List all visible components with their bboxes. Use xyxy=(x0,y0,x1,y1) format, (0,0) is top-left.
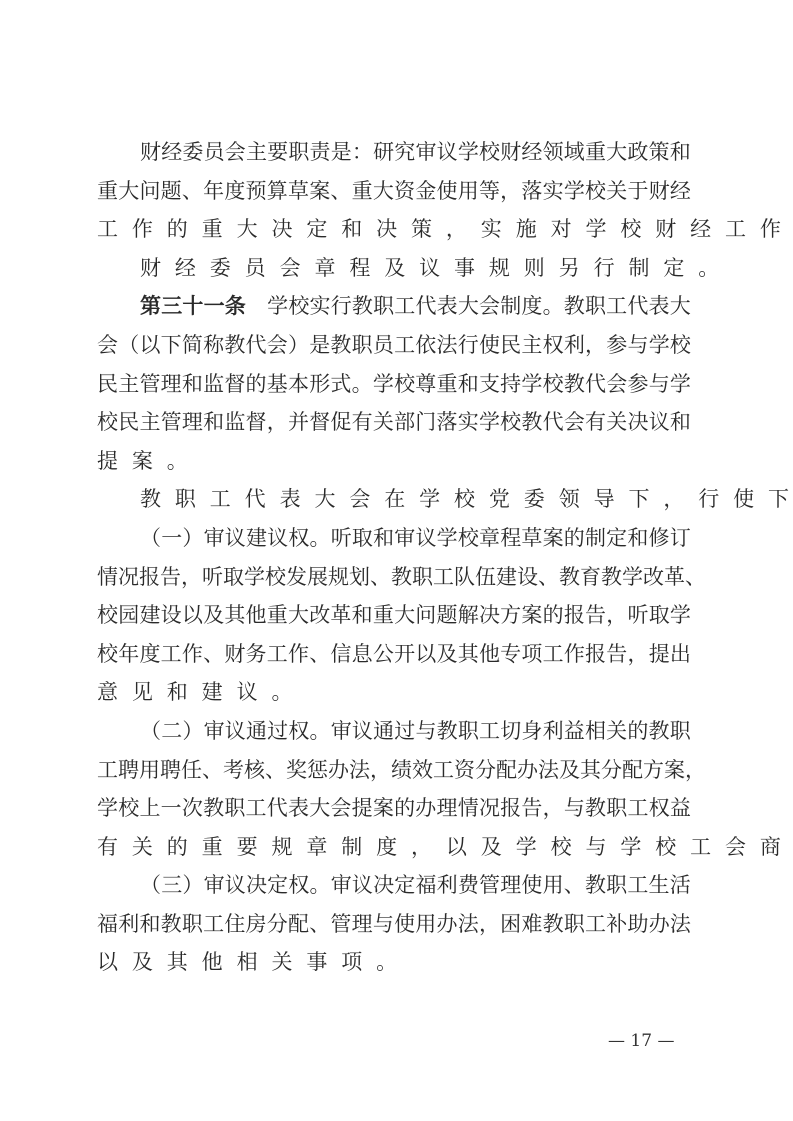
text-line: 工作的重大决定和决策，实施对学校财经工作的领导和管理。 xyxy=(97,210,691,249)
text-line: 校民主管理和监督，并督促有关部门落实学校教代会有关决议和 xyxy=(97,403,691,442)
paragraph-power-review-suggest: （一）审议建议权。听取和审议学校章程草案的制定和修订 情况报告，听取学校发展规划… xyxy=(97,519,691,712)
text-line: （一）审议建议权。听取和审议学校章程草案的制定和修订 xyxy=(97,519,691,558)
text-line: 提案。 xyxy=(97,442,691,481)
paragraph-finance-committee-duties: 财经委员会主要职责是：研究审议学校财经领域重大政策和 重大问题、年度预算草案、重… xyxy=(97,133,691,249)
page-number: — 17 — xyxy=(608,1031,674,1051)
text-line: 校园建设以及其他重大改革和重大问题解决方案的报告，听取学 xyxy=(97,596,691,635)
paragraph-power-review-approve: （二）审议通过权。审议通过与教职工切身利益相关的教职 工聘用聘任、考核、奖惩办法… xyxy=(97,712,691,866)
paragraph-finance-committee-rules: 财经委员会章程及议事规则另行制定。 xyxy=(97,249,691,288)
paragraph-article-31: 第三十一条 学校实行教职工代表大会制度。教职工代表大 会（以下简称教代会）是教职… xyxy=(97,287,691,480)
text-line: 财经委员会主要职责是：研究审议学校财经领域重大政策和 xyxy=(97,133,691,172)
text-line: 第三十一条 学校实行教职工代表大会制度。教职工代表大 xyxy=(97,287,691,326)
text-line: 财经委员会章程及议事规则另行制定。 xyxy=(97,249,691,288)
text-line: 学校上一次教职工代表大会提案的办理情况报告，与教职工权益 xyxy=(97,789,691,828)
text-line: （三）审议决定权。审议决定福利费管理使用、教职工生活 xyxy=(97,866,691,905)
text-line: 意见和建议。 xyxy=(97,673,691,712)
text-line: 会（以下简称教代会）是教职员工依法行使民主权利，参与学校 xyxy=(97,326,691,365)
text-line: （二）审议通过权。审议通过与教职工切身利益相关的教职 xyxy=(97,712,691,751)
text-line: 重大问题、年度预算草案、重大资金使用等，落实学校关于财经 xyxy=(97,172,691,211)
text-line: 以及其他相关事项。 xyxy=(97,943,691,982)
text-line: 有关的重要规章制度，以及学校与学校工会商定的其他事项。 xyxy=(97,828,691,867)
text-line: 教职工代表大会在学校党委领导下，行使下列职权： xyxy=(97,480,691,519)
text-line: 情况报告，听取学校发展规划、教职工队伍建设、教育教学改革、 xyxy=(97,558,691,597)
text-line: 工聘用聘任、考核、奖惩办法，绩效工资分配办法及其分配方案， xyxy=(97,751,691,790)
text-line: 福利和教职工住房分配、管理与使用办法，困难教职工补助办法 xyxy=(97,905,691,944)
paragraph-power-review-decide: （三）审议决定权。审议决定福利费管理使用、教职工生活 福利和教职工住房分配、管理… xyxy=(97,866,691,982)
document-body: 财经委员会主要职责是：研究审议学校财经领域重大政策和 重大问题、年度预算草案、重… xyxy=(97,133,691,982)
paragraph-congress-powers-intro: 教职工代表大会在学校党委领导下，行使下列职权： xyxy=(97,480,691,519)
text-line: 民主管理和监督的基本形式。学校尊重和支持学校教代会参与学 xyxy=(97,365,691,404)
text-line: 校年度工作、财务工作、信息公开以及其他专项工作报告，提出 xyxy=(97,635,691,674)
